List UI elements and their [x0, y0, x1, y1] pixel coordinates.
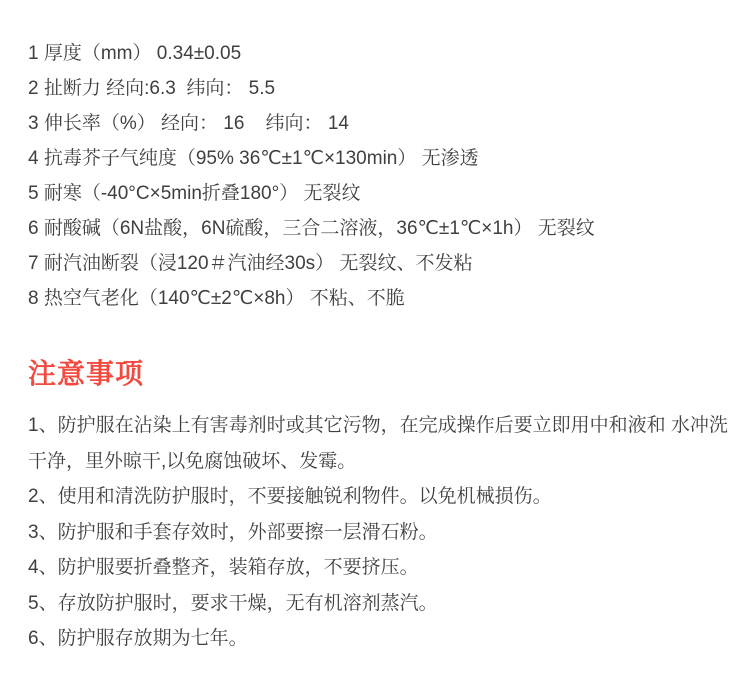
- note-item-5: 5、存放防护服时，要求干燥，无有机溶剂蒸汽。: [28, 586, 736, 622]
- product-detail-text-page: 1 厚度（mm） 0.34±0.05 2 扯断力 经向:6.3 纬向： 5.5 …: [0, 0, 750, 677]
- spec-item-heat-aging: 8 热空气老化（140℃±2℃×8h） 不粘、不脆: [28, 281, 736, 316]
- note-item-1: 1、防护服在沾染上有害毒剂时或其它污物，在完成操作后要立即用中和液和 水冲洗干净…: [28, 408, 736, 479]
- notes-heading: 注意事项: [28, 354, 736, 394]
- spec-item-acid-alkali: 6 耐酸碱（6N盐酸，6N硫酸，三合二溶液，36℃±1℃×1h） 无裂纹: [28, 211, 736, 246]
- spec-item-breaking-force: 2 扯断力 经向:6.3 纬向： 5.5: [28, 71, 736, 106]
- spec-item-cold-resistance: 5 耐寒（-40°C×5min折叠180°） 无裂纹: [28, 176, 736, 211]
- note-item-2: 2、使用和清洗防护服时，不要接触锐利物件。以免机械损伤。: [28, 479, 736, 515]
- note-item-3: 3、防护服和手套存效时，外部要擦一层滑石粉。: [28, 515, 736, 551]
- spec-item-gas-resistance: 4 抗毒芥子气纯度（95% 36℃±1℃×130min） 无渗透: [28, 141, 736, 176]
- notes-list: 1、防护服在沾染上有害毒剂时或其它污物，在完成操作后要立即用中和液和 水冲洗干净…: [28, 408, 736, 657]
- spec-list: 1 厚度（mm） 0.34±0.05 2 扯断力 经向:6.3 纬向： 5.5 …: [28, 36, 736, 316]
- spec-item-elongation: 3 伸长率（%） 经向： 16 纬向： 14: [28, 106, 736, 141]
- spec-item-thickness: 1 厚度（mm） 0.34±0.05: [28, 36, 736, 71]
- note-item-4: 4、防护服要折叠整齐，装箱存放，不要挤压。: [28, 550, 736, 586]
- note-item-6: 6、防护服存放期为七年。: [28, 621, 736, 657]
- spec-item-gasoline: 7 耐汽油断裂（浸120＃汽油经30s） 无裂纹、不发粘: [28, 246, 736, 281]
